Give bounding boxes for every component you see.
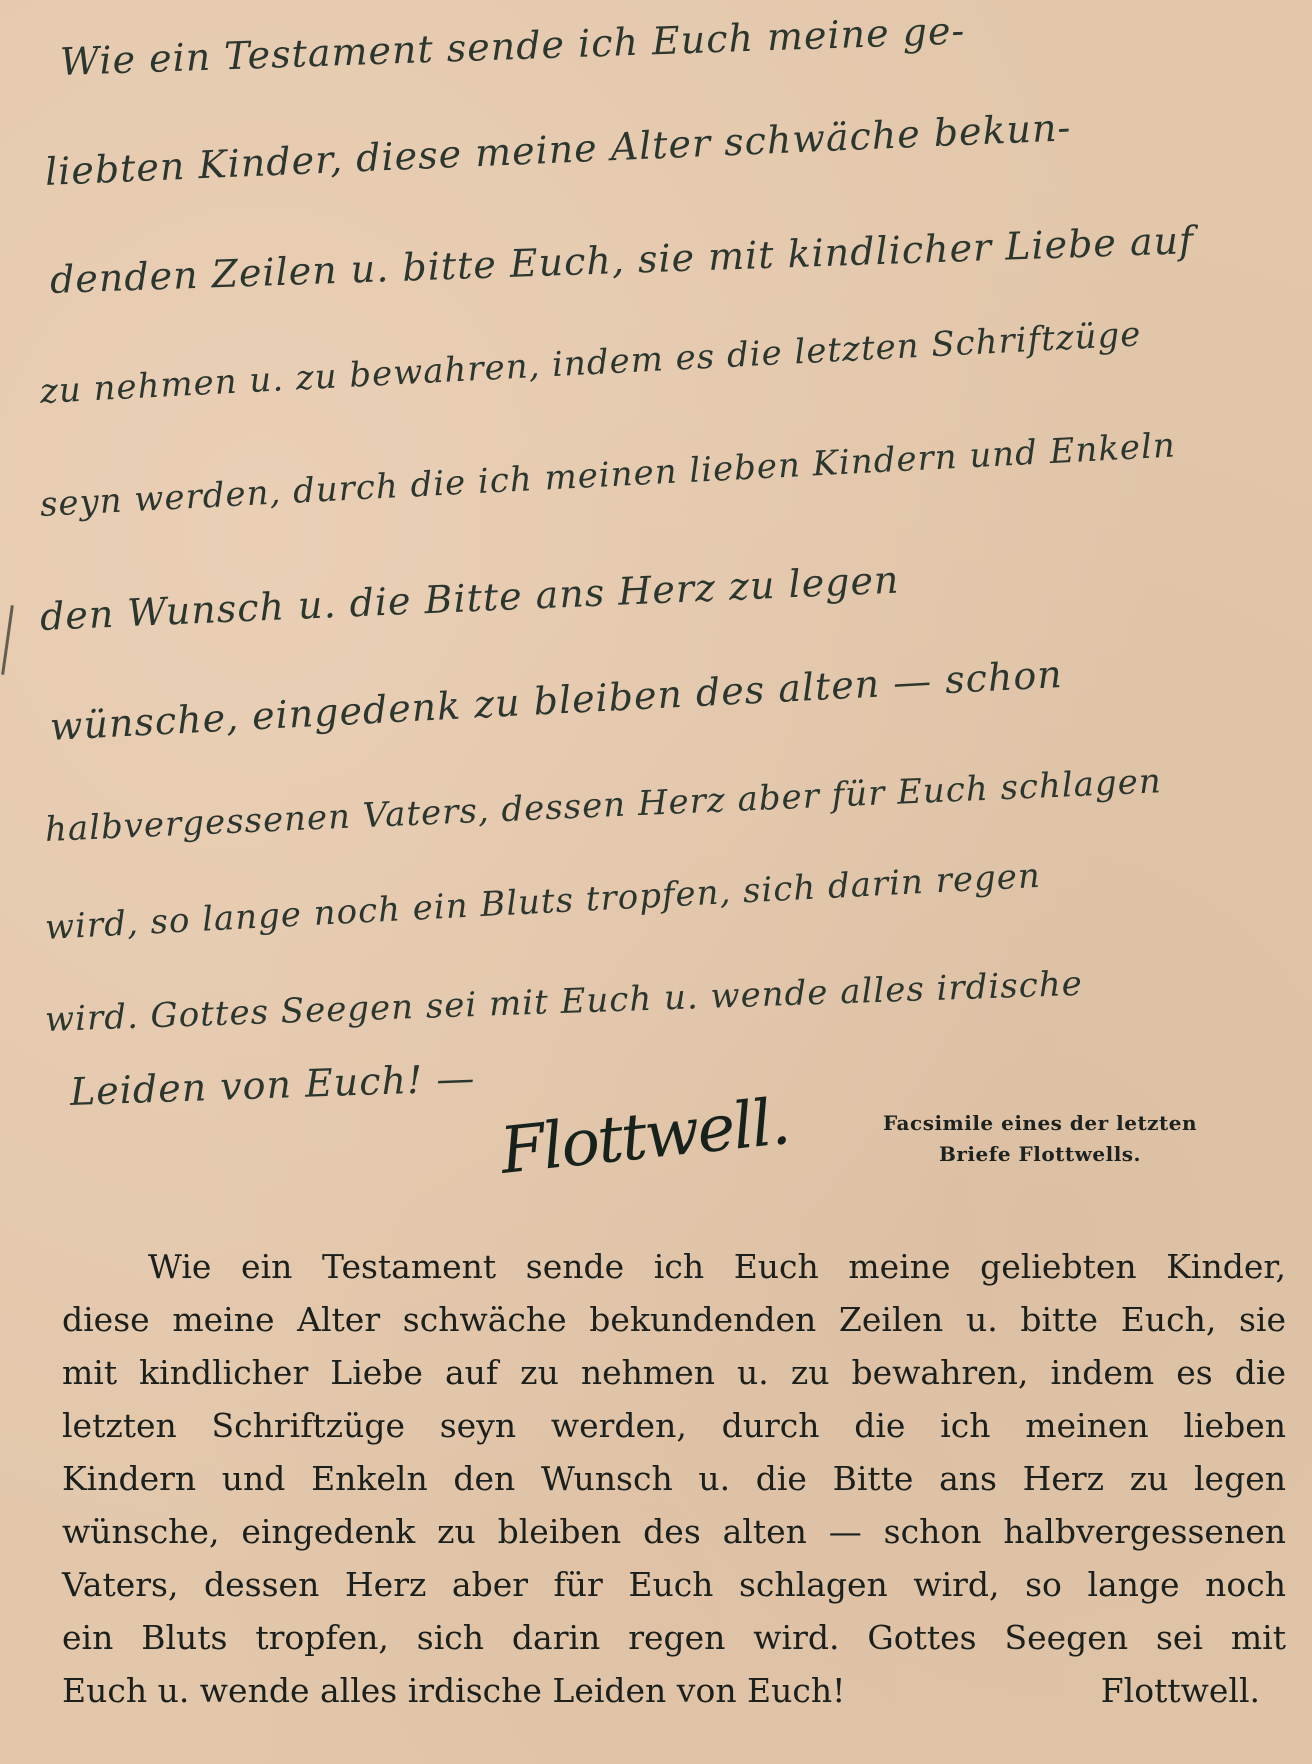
handwritten-line: liebten Kinder, diese meine Alter schwäc…	[44, 105, 1072, 194]
handwritten-line: den Wunsch u. die Bitte ans Herz zu lege…	[39, 558, 900, 639]
caption-line: Briefe Flottwells.	[840, 1139, 1240, 1170]
document-page: Wie ein Testament sende ich Euch meine g…	[0, 0, 1312, 1764]
handwritten-line: wird. Gottes Seegen sei mit Euch u. wend…	[44, 964, 1083, 1040]
handwritten-facsimile: Wie ein Testament sende ich Euch meine g…	[0, 0, 1312, 1210]
transcription-line: Kindern und Enkeln den Wunsch u. die Bit…	[62, 1452, 1286, 1505]
transcription-line: diese meine Alter schwäche bekundenden Z…	[62, 1293, 1286, 1346]
handwritten-line: denden Zeilen u. bitte Euch, sie mit kin…	[49, 218, 1195, 302]
transcription-line: Euch u. wende alles irdische Leiden von …	[62, 1671, 845, 1710]
handwritten-line: Wie ein Testament sende ich Euch meine g…	[59, 8, 966, 84]
handwritten-line: halbvergessenen Vaters, dessen Herz aber…	[44, 761, 1162, 850]
facsimile-caption: Facsimile eines der letzten Briefe Flott…	[840, 1108, 1240, 1170]
transcription-last-line: Euch u. wende alles irdische Leiden von …	[62, 1664, 1286, 1717]
printed-transcription: Wie ein Testament sende ich Euch meine g…	[62, 1240, 1286, 1717]
handwritten-line: wünsche, eingedenk zu bleiben des alten …	[49, 652, 1064, 749]
handwritten-line: Leiden von Euch! —	[69, 1056, 476, 1114]
margin-mark	[1, 605, 14, 675]
caption-line: Facsimile eines der letzten	[840, 1108, 1240, 1139]
handwritten-line: wird, so lange noch ein Bluts tropfen, s…	[44, 856, 1042, 948]
transcription-line: mit kindlicher Liebe auf zu nehmen u. zu…	[62, 1346, 1286, 1399]
handwritten-line: zu nehmen u. zu bewahren, indem es die l…	[39, 314, 1142, 412]
transcription-line: letzten Schriftzüge seyn werden, durch d…	[62, 1399, 1286, 1452]
handwritten-signature: Flottwell.	[497, 1085, 792, 1189]
printed-signature: Flottwell.	[1101, 1664, 1260, 1717]
transcription-line: Wie ein Testament sende ich Euch meine g…	[62, 1240, 1286, 1293]
handwritten-line: seyn werden, durch die ich meinen lieben…	[39, 426, 1177, 525]
transcription-line: Vaters, dessen Herz aber für Euch schlag…	[62, 1558, 1286, 1611]
transcription-line: wünsche, eingedenk zu bleiben des alten …	[62, 1505, 1286, 1558]
transcription-line: ein Bluts tropfen, sich darin regen wird…	[62, 1611, 1286, 1664]
